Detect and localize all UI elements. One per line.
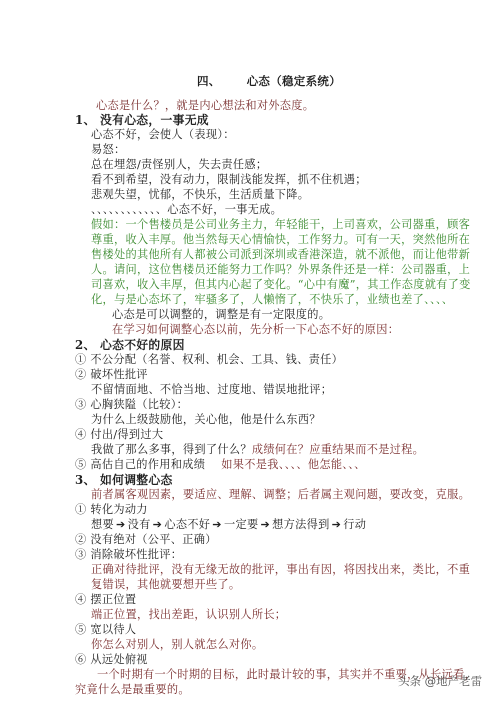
example-line: 售楼处的其他所有人都被公司派到深圳或香港深造，就不派他，而让他带新 xyxy=(91,248,470,262)
arrow-right-icon: ➔ xyxy=(116,518,126,532)
section3-heading: 3、 如何调整心态 xyxy=(75,473,173,487)
document-page: 四、心态（稳定系统） 心态是什么？，就是内心想法和对外态度。 1、 没有心态，一… xyxy=(0,0,500,707)
flow-step: 想要 xyxy=(91,518,114,531)
title-text: 心态（稳定系统） xyxy=(247,74,341,88)
arrow-right-icon: ➔ xyxy=(212,518,222,532)
item-number: ① xyxy=(75,503,87,516)
watermark: 头条 @地产老雷 xyxy=(398,673,482,689)
reason-item: ① 不公分配（名誉、权利、机会、工具、钱、责任） xyxy=(75,353,343,367)
item-number: ② xyxy=(75,368,87,381)
page-title: 四、心态（稳定系统） xyxy=(197,74,341,88)
arrow-right-icon: ➔ xyxy=(332,518,342,532)
adjust-detail: 正确对待批评，没有无缘无故的批评，事出有因，将因找出来，类比，不重 xyxy=(91,563,470,577)
adjust-item: ⑤ 宽以待人 xyxy=(75,623,136,637)
adjust-detail: 究竟什么是最重要的。 xyxy=(75,683,190,697)
item-number: ④ xyxy=(75,428,87,441)
item-label: 高估自己的作用和成绩 xyxy=(90,458,205,471)
example-line: 尊重，收入丰厚。他当然每天心情愉快，工作努力。可有一天，突然他所在 xyxy=(91,233,470,247)
adjust-item: ④ 摆正位置 xyxy=(75,593,136,607)
adjust-item: ② 没有绝对（公平、正确） xyxy=(75,533,217,547)
flow-step: 心态不好 xyxy=(164,518,210,531)
section2-heading: 2、 心态不好的原因 xyxy=(75,338,185,352)
adjust-detail: 复错误，其他就要想开些了。 xyxy=(91,578,240,592)
note-analyze: 在学习如何调整心态以前，先分析一下心态不好的原因： xyxy=(112,323,399,337)
example-line: 假如：一个售楼员是公司业务主力，年轻能干，上司喜欢，公司器重，顾客 xyxy=(91,218,470,232)
item-number: ⑥ xyxy=(75,653,87,666)
flow-step: 没有 xyxy=(128,518,151,531)
section1-line: 心态不好，会使人（表现）： xyxy=(91,128,235,142)
item-label: 不公分配（名誉、权利、机会、工具、钱、责任） xyxy=(90,353,343,366)
reason-aside: 如果不是我、、、、他怎能、、、 xyxy=(221,458,365,471)
arrow-right-icon: ➔ xyxy=(153,518,163,532)
item-number: ⑤ xyxy=(75,458,87,471)
section1-line: 总在埋怨/责怪别人，失去责任感； xyxy=(91,158,267,172)
section1-line: 看不到希望，没有动力，限制浅能发挥，抓不住机遇； xyxy=(91,173,367,187)
reason-item: ② 破坏性批评 xyxy=(75,368,148,382)
item-label: 破坏性批评 xyxy=(90,368,147,381)
adjust-item: ⑥ 从远处俯视 xyxy=(75,653,148,667)
section3-intro: 前者属客观因素，要适应、理解、调整；后者属主观问题，要改变，克服。 xyxy=(91,488,470,502)
arrow-right-icon: ➔ xyxy=(260,518,270,532)
reason-item: ⑤ 高估自己的作用和成绩如果不是我、、、、他怎能、、、 xyxy=(75,458,366,472)
item-label: 摆正位置 xyxy=(90,593,136,606)
item-number: ③ xyxy=(75,398,87,411)
item-label: 转化为动力 xyxy=(90,503,147,516)
item-number: ① xyxy=(75,353,87,366)
reason-detail-answer: 成绩何在？应重结果而不是过程。 xyxy=(252,443,424,456)
example-line: 化，与是心态坏了，牢骚多了，人懒惰了，不快乐了，业绩也差了、、、、 xyxy=(91,293,453,307)
adjust-detail: 端正位置，找出差距，认识别人所长； xyxy=(91,608,286,622)
reason-detail-question: 我做了那么多事，得到了什么？ xyxy=(91,443,252,456)
item-label: 心胸狭隘（比较）： xyxy=(90,398,188,411)
section1-line: 悲观失望，忧郁，不快乐，生活质量下降。 xyxy=(91,188,309,202)
reason-item: ③ 心胸狭隘（比较）： xyxy=(75,398,188,412)
reason-detail: 为什么上级鼓励他，关心他，他是什么东西？ xyxy=(91,413,321,427)
flow-step: 一定要 xyxy=(224,518,258,531)
section1-line: 易怒： xyxy=(91,143,125,157)
flow-step: 想方法得到 xyxy=(272,518,329,531)
motivation-flow: 想要➔没有➔心态不好➔一定要➔想方法得到➔行动 xyxy=(91,518,366,532)
section1-heading: 1、 没有心态，一事无成 xyxy=(75,113,209,127)
item-label: 付出/得到过大 xyxy=(90,428,163,441)
item-number: ③ xyxy=(75,548,87,561)
item-label: 从远处俯视 xyxy=(90,653,147,666)
note-adjustable: 心态是可以调整的，调整是有一定限度的。 xyxy=(112,308,330,322)
reason-detail: 我做了那么多事，得到了什么？成绩何在？应重结果而不是过程。 xyxy=(91,443,424,457)
item-label: 消除破坏性批评： xyxy=(90,548,182,561)
item-number: ② xyxy=(75,533,87,546)
reason-item: ④ 付出/得到过大 xyxy=(75,428,163,442)
item-label: 没有绝对（公平、正确） xyxy=(90,533,216,546)
item-label: 宽以待人 xyxy=(90,623,136,636)
adjust-item: ③ 消除破坏性批评： xyxy=(75,548,182,562)
intro-text: 心态是什么？，就是内心想法和对外态度。 xyxy=(96,99,314,113)
flow-step: 行动 xyxy=(343,518,366,531)
example-line: 人。请问，这位售楼员还能努力工作吗？外界条件还是一样：公司器重，上 xyxy=(91,263,470,277)
item-number: ⑤ xyxy=(75,623,87,636)
item-number: ④ xyxy=(75,593,87,606)
title-number: 四、 xyxy=(197,74,221,88)
adjust-item: ① 转化为动力 xyxy=(75,503,148,517)
adjust-detail: 你怎么对别人，别人就怎么对你。 xyxy=(91,638,263,652)
reason-detail: 不留情面地、不恰当地、过度地、错误地批评； xyxy=(91,383,332,397)
example-line: 司喜欢，收入丰厚，但其内心起了变化。“心中有魔”，其工作态度就有了变 xyxy=(91,278,471,292)
section1-line: 、、、、、、、、、、、、心态不好，一事无成。 xyxy=(91,203,282,217)
